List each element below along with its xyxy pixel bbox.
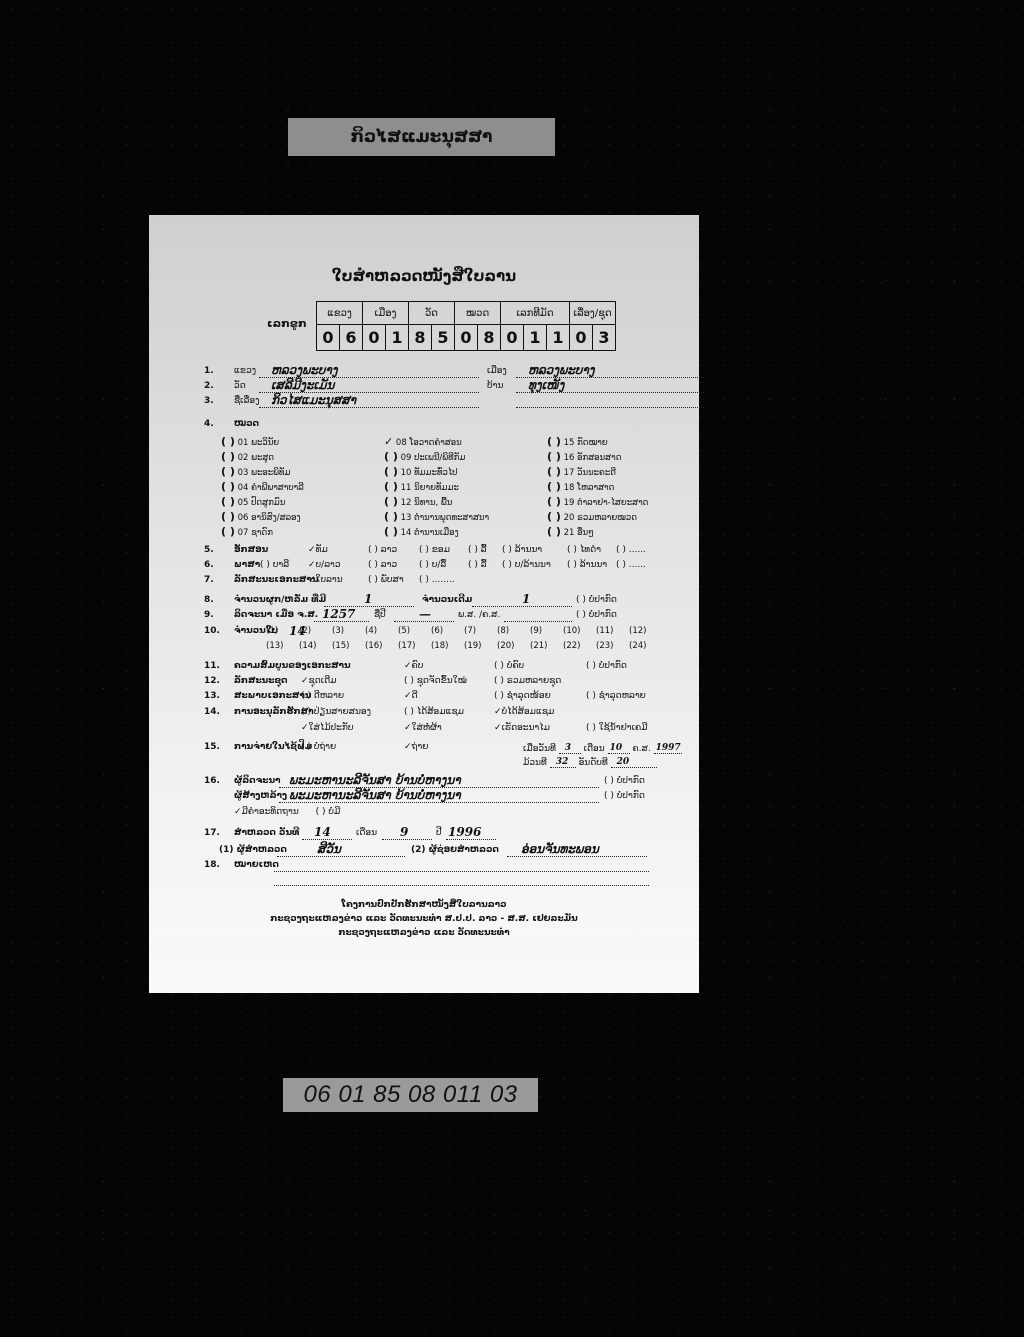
code-digit-cell: 5 [432, 325, 455, 351]
checkbox-mark: ( ) [221, 510, 235, 523]
leaf-slot: (9) [530, 626, 542, 636]
option-label: 14 ຕຳນານເມືອງ [401, 528, 459, 538]
field-language-option[interactable]: ( ) ລາວ [368, 560, 397, 570]
category-option[interactable]: ( ) 05 ປົດສູກມົນ [221, 495, 285, 508]
checkbox-mark: ( ) [384, 510, 398, 523]
checkbox-mark: ( ) [384, 480, 398, 493]
district-line: ຫລວງພະບາງ [516, 366, 704, 378]
district-value: ຫລວງພະບາງ [528, 363, 595, 377]
province-line: ຫລວງພະບາງ [259, 366, 479, 378]
leaf-slot: (15) [332, 641, 349, 651]
field-script: 5.ອັກສອນ✓ທັມ( ) ລາວ( ) ຂອມ( ) ລື້( ) ລ້າ… [204, 545, 214, 555]
category-option[interactable]: ✓ 08 ໂອວາດຄຳສອນ [384, 435, 462, 448]
category-option[interactable]: ( ) 06 ອານິສົງ/ສລອງ [221, 510, 301, 523]
conservation-option[interactable]: ✓ເຮັດອະນາໄມ [494, 723, 550, 733]
field-prayer: ✓ມີຄຳອະທິດຖານ ( ) ບໍ່ມີ [234, 807, 340, 817]
code-digit-cell: 1 [547, 325, 570, 351]
category-option[interactable]: ( ) 21 ອື່ນໆ [547, 525, 594, 538]
film-roll-value: 32 [556, 757, 569, 767]
field-conservation-option[interactable]: ( ) ໄດ້ສ້ອມແຊມ [404, 707, 464, 717]
prayer-no-checkbox[interactable]: ( ) ບໍ່ມີ [316, 807, 341, 817]
field-language-option[interactable]: ( ) ລ້ານນາ [567, 560, 607, 570]
field-language-option[interactable]: ( ) ບາລີ [260, 560, 289, 570]
leaf-slot: (20) [497, 641, 514, 651]
footer-line-1: ໂຄງການປົກປັກຮັກສາໜັງສືໃບລານລາວ [149, 898, 699, 912]
field-condition-option[interactable]: ( ) ດີຫລາຍ [301, 691, 344, 701]
checkbox-mark: ( ) [547, 525, 561, 538]
temple-label: ວັດ [234, 381, 246, 391]
leaf-slot: (11) [596, 626, 613, 636]
category-option[interactable]: ( ) 16 ອັກສອນສາດ [547, 450, 621, 463]
field-language: 6.ພາສາ( ) ບາລີ✓ບ/ລາວ( ) ລາວ( ) ບ/ລື້( ) … [204, 560, 214, 570]
field-set-type-option[interactable]: ✓ຊຸດເດີມ [301, 676, 336, 686]
field-material: 7.ລັກສະນະເອກະສານ✓ໃບລານ( ) ພັບສາ( ) .....… [204, 575, 214, 585]
option-label: 12 ນິທານ, ພື້ນ [401, 498, 453, 508]
notes-line-1 [274, 860, 649, 872]
field-temple: 2. ວັດ ເສລີມີງະເມັນ ບ້ານ ທຸງເໜັງ [204, 381, 214, 391]
field-language-option[interactable]: ✓ບ/ລາວ [308, 560, 341, 570]
film-seq-value: 20 [617, 757, 630, 767]
category-option[interactable]: ( ) 14 ຕຳນານເມືອງ [384, 525, 459, 538]
code-digit-cell: 1 [524, 325, 547, 351]
field-script-option[interactable]: ( ) ລື້ [468, 545, 487, 555]
field-bundle-count: 8. ຈຳນວນຜູກ/ຫລັ່ມ ທີ່ມີ 1 ຈຳນວນເດີມ 1 ( … [204, 595, 214, 605]
checkbox-mark: ✓ [384, 435, 393, 448]
option-label: 16 ອັກສອນສາດ [564, 453, 622, 463]
field-completeness-option[interactable]: ( ) ບໍ່ປາກົດ [586, 661, 627, 671]
field-language-option[interactable]: ( ) ...... [616, 560, 646, 570]
field-leaf-count: 10. ຈຳນວນໃບ 14 [204, 626, 220, 636]
leaf-slot: (2) [299, 626, 311, 636]
field-conservation: 14.ການອະນຸລັກຮັກສາ( ) ປ່ຽນສາຍສນອງ( ) ໄດ້… [204, 707, 220, 717]
option-label: 03 ພະອະພິທັມ [238, 468, 291, 478]
option-label: 04 ຄຳພີພາສາບາລີ [238, 483, 304, 493]
option-label: 19 ຕຳລາຢາ-ໄສຍະສາດ [564, 498, 649, 508]
field-completeness-option[interactable]: ( ) ບໍ່ຄົບ [494, 661, 524, 671]
leaf-slot: (6) [431, 626, 443, 636]
category-option[interactable]: ( ) 03 ພະອະພິທັມ [221, 465, 290, 478]
option-label: 02 ພະສູດ [238, 453, 274, 463]
field-microfilm: 15.ການຈ່າຍໃນໄຊ້ຟິມ( ) ບໍ່ຖ່າຍ✓ຖ່າຍ [204, 742, 220, 752]
code-digit-cell: 6 [340, 325, 363, 351]
checkbox-mark: ( ) [221, 465, 235, 478]
field-set-type-option[interactable]: ( ) ຣວມຫລາຍຊຸດ [494, 676, 561, 686]
film-day-value: 3 [565, 743, 571, 753]
field-language-option[interactable]: ( ) ບ/ລື້ [419, 560, 446, 570]
field-material-option[interactable]: ( ) ........ [419, 575, 455, 585]
option-label: 05 ປົດສູກມົນ [238, 498, 286, 508]
leaf-slot: (10) [563, 626, 580, 636]
survey-form-page: ໃບສຳຫລວດໜັງສືໃບລານ ເລກຂູກ ແຂວງເມືອງວັດໝວ… [149, 215, 699, 993]
field-language-option[interactable]: ( ) ລື້ [468, 560, 487, 570]
field-script-option[interactable]: ( ) ລາວ [368, 545, 397, 555]
code-header-cell: ວັດ [409, 302, 455, 325]
category-option[interactable]: ( ) 12 ນິທານ, ພື້ນ [384, 495, 452, 508]
code-label: ເລກຂູກ [267, 317, 307, 330]
footer-line-3: ກະຊວງຖະແຫລງຂ່າວ ແລະ ວັດທະນະທຳ [149, 926, 699, 940]
scribe-unknown-checkbox[interactable]: ( ) ບໍ່ປາກົດ [604, 776, 645, 786]
title-value: ກິວໄສແມະນຸສສາ [271, 393, 356, 407]
category-option[interactable]: ( ) 09 ປະເພນີ/ພິທີກັມ [384, 450, 465, 463]
leaf-slot: (16) [365, 641, 382, 651]
field-notes-2 [274, 874, 649, 886]
film-roll: ມ້ວນທີ 32 ອັນດັບທີ 20 [523, 756, 657, 768]
leaf-slot: (14) [299, 641, 316, 651]
cs-year-value: 1257 [322, 607, 355, 621]
option-label: 18 ໂຫລາສາດ [564, 483, 615, 493]
leaf-slot: (19) [464, 641, 481, 651]
field-surveyors: (1) ຜູ້ສຳຫລວດ ສີວັນ (2) ຜູ້ຊ່ອຍສຳຫລວດ ອ່… [219, 845, 287, 855]
code-digit-cell: 8 [478, 325, 501, 351]
sponsor-value: ພະມະຫານະລີຈັນສາ ບ້ານບໍ່ຫາງນາ [289, 788, 461, 802]
code-header-cell: ເລກທີມັດ [501, 302, 570, 325]
code-header-cell: ເລື່ອງ/ຊຸດ [570, 302, 616, 325]
code-header-cell: ແຂວງ [317, 302, 363, 325]
leaf-slot: (12) [629, 626, 646, 636]
option-label: 11 ນິຍາຍທັມມະ [401, 483, 459, 493]
title-label: ຊື່ເລື່ອງ [234, 396, 259, 406]
field-completeness-option[interactable]: ✓ຄົບ [404, 661, 423, 671]
checkbox-mark: ( ) [221, 450, 235, 463]
code-digit-cell: 0 [501, 325, 524, 351]
field-province: 1. ແຂວງ ຫລວງພະບາງ ເມືອງ ຫລວງພະບາງ [204, 366, 214, 376]
category-option[interactable]: ( ) 07 ຊາດົກ [221, 525, 273, 538]
sponsor-unknown-checkbox[interactable]: ( ) ບໍ່ປາກົດ [604, 791, 645, 801]
code-digit-cell: 0 [455, 325, 478, 351]
field-language-option[interactable]: ( ) ບ/ລ້ານນາ [502, 560, 551, 570]
code-digit-cell: 3 [593, 325, 616, 351]
field-material-option[interactable]: ✓ໃບລານ [308, 575, 343, 585]
checkbox-mark: ( ) [384, 465, 398, 478]
field-set-type: 12.ລັກສະນະຊຸດ✓ຊຸດເດີມ( ) ຊຸດຈັດຂຶ້ນໃໝ່( … [204, 676, 220, 686]
code-header-cell: ເມືອງ [363, 302, 409, 325]
leaf-slot: (24) [629, 641, 646, 651]
field-script-option[interactable]: ( ) ລ້ານນາ [502, 545, 542, 555]
category-heading: 4. ໝວດ [204, 419, 214, 429]
province-value: ຫລວງພະບາງ [271, 363, 338, 377]
category-option[interactable]: ( ) 19 ຕຳລາຢາ-ໄສຍະສາດ [547, 495, 648, 508]
option-label: 09 ປະເພນີ/ພິທີກັມ [401, 453, 466, 463]
checkbox-mark: ( ) [547, 450, 561, 463]
category-option[interactable]: ( ) 18 ໂຫລາສາດ [547, 480, 614, 493]
field-scribe: 16. ຜູ້ລິດຈະນາ ພະມະຫານະລີຈັນສາ ບ້ານບໍ່ຫາ… [204, 776, 220, 786]
field-title: 3. ຊື່ເລື່ອງ ກິວໄສແມະນຸສສາ [204, 396, 214, 406]
checkbox-mark: ( ) [547, 480, 561, 493]
surveyor-value: ສີວັນ [317, 842, 341, 856]
field-microfilm-option[interactable]: ( ) ບໍ່ຖ່າຍ [301, 742, 336, 752]
option-label: 17 ວັນນະຄະດີ [564, 468, 616, 478]
conservation-option[interactable]: ✓ໃສ່ຫໍ່ຜ້າ [404, 723, 442, 733]
film-year-value: 1997 [656, 743, 681, 753]
checkbox-mark: ( ) [547, 495, 561, 508]
original-count-value: 1 [522, 592, 530, 606]
field-condition-option[interactable]: ( ) ຊຳລຸດຫລາຍ [586, 691, 646, 701]
village-value: ທຸງເໜັງ [528, 378, 564, 392]
village-label: ບ້ານ [487, 381, 503, 391]
code-digit-cell: 1 [386, 325, 409, 351]
field-microfilm-option[interactable]: ✓ຖ່າຍ [404, 742, 428, 752]
category-option[interactable]: ( ) 01 ພະວິນັຍ [221, 435, 279, 448]
option-label: 08 ໂອວາດຄຳສອນ [396, 438, 462, 448]
code-digit-cell: 0 [363, 325, 386, 351]
code-table: ແຂວງເມືອງວັດໝວດເລກທີມັດເລື່ອງ/ຊຸດ 060185… [316, 301, 616, 351]
option-label: 01 ພະວິນັຍ [238, 438, 280, 448]
checkbox-mark: ( ) [547, 465, 561, 478]
checkbox-mark: ( ) [384, 495, 398, 508]
bundle-count-value: 1 [364, 592, 372, 606]
field-condition-option[interactable]: ✓ດີ [404, 691, 418, 701]
option-label: 10 ທັມມະທົ່ວໄປ [401, 468, 458, 478]
leaf-slot: (1) [266, 626, 278, 636]
notes-line-2 [274, 874, 649, 886]
leaf-slot: (8) [497, 626, 509, 636]
category-option[interactable]: ( ) 13 ຕຳນານພຸດທະສາສນາ [384, 510, 489, 523]
field-script-option[interactable]: ( ) ໄທດຳ [567, 545, 601, 555]
field-completeness: 11.ຄວາມສົມບູນຂອງເອກະສານ✓ຄົບ( ) ບໍ່ຄົບ( )… [204, 661, 220, 671]
checkbox-mark: ( ) [221, 480, 235, 493]
film-month-value: 10 [610, 743, 623, 753]
field-notes: 18. ໝາຍເຫດ [204, 860, 220, 870]
year-name-value: — [419, 607, 431, 621]
category-option[interactable]: ( ) 11 ນິຍາຍທັມມະ [384, 480, 459, 493]
category-option[interactable]: ( ) 20 ຣວມຫລາຍໝວດ [547, 510, 637, 523]
code-digit-cell: 8 [409, 325, 432, 351]
category-option[interactable]: ( ) 17 ວັນນະຄະດີ [547, 465, 616, 478]
category-option[interactable]: ( ) 04 ຄຳພີພາສາບາລີ [221, 480, 304, 493]
option-label: 15 ກົດໝາຍ [564, 438, 608, 448]
field-material-option[interactable]: ( ) ພັບສາ [368, 575, 404, 585]
form-title: ໃບສຳຫລວດໜັງສືໃບລານ [149, 267, 699, 285]
leaf-slot: (18) [431, 641, 448, 651]
leaf-slot: (3) [332, 626, 344, 636]
option-label: 07 ຊາດົກ [238, 528, 273, 538]
category-option[interactable]: ( ) 10 ທັມມະທົ່ວໄປ [384, 465, 457, 478]
assistant-value: ອ່ອນຈັນທະພອນ [521, 842, 599, 856]
checkbox-mark: ( ) [221, 495, 235, 508]
option-label: 06 ອານິສົງ/ສລອງ [238, 513, 301, 523]
checkbox-mark: ( ) [384, 450, 398, 463]
field-script-option[interactable]: ✓ທັມ [308, 545, 328, 555]
category-option[interactable]: ( ) 15 ກົດໝາຍ [547, 435, 608, 448]
option-label: 20 ຣວມຫລາຍໝວດ [564, 513, 637, 523]
leaf-slot: (7) [464, 626, 476, 636]
title-label-strip: ກິວໄສແມະນຸສສາ [288, 118, 555, 156]
code-digit-cell: 0 [570, 325, 593, 351]
field-condition-option[interactable]: ( ) ຊຳລຸດໜ້ອຍ [494, 691, 551, 701]
leaf-slot: (4) [365, 626, 377, 636]
option-label: 21 ອື່ນໆ [564, 528, 594, 538]
field-set-type-option[interactable]: ( ) ຊຸດຈັດຂຶ້ນໃໝ່ [404, 676, 467, 686]
scribe-value: ພະມະຫານະລີຈັນສາ ບ້ານບໍ່ຫາງນາ [289, 773, 461, 787]
leaf-slot: (13) [266, 641, 283, 651]
field-conservation-option[interactable]: ✓ບໍ່ໄດ້ສ້ອມແຊມ [494, 707, 554, 717]
code-digit-cell: 0 [317, 325, 340, 351]
category-option[interactable]: ( ) 02 ພະສູດ [221, 450, 274, 463]
leaf-slot: (22) [563, 641, 580, 651]
code-header-cell: ໝວດ [455, 302, 501, 325]
field-script-option[interactable]: ( ) ຂອມ [419, 545, 450, 555]
field-script-option[interactable]: ( ) ...... [616, 545, 646, 555]
leaf-slot: (21) [530, 641, 547, 651]
leaf-slot: (23) [596, 641, 613, 651]
conservation-option[interactable]: ✓ໃສ່ໄມ້ປະກັບ [301, 723, 354, 733]
leaf-slot: (5) [398, 626, 410, 636]
temple-value: ເສລີມີງະເມັນ [271, 378, 334, 392]
reference-number-strip: 06 01 85 08 011 03 [283, 1078, 538, 1112]
checkbox-mark: ( ) [221, 435, 235, 448]
film-date: ເມື່ອວັນທີ 3 ເດືອນ 10 ຄ.ສ. 1997 [523, 742, 682, 754]
checkbox-mark: ( ) [547, 435, 561, 448]
date-unknown-checkbox[interactable]: ( ) ບໍ່ປາກົດ [576, 610, 617, 620]
field-survey-date: 17. ສຳຫລວດ ວັນທີ 14 ເດືອນ 9 ປີ 1996 [204, 828, 220, 838]
field-conservation-option[interactable]: ( ) ປ່ຽນສາຍສນອງ [301, 707, 371, 717]
checkbox-mark: ( ) [547, 510, 561, 523]
survey-year-value: 1996 [448, 825, 481, 839]
prayer-yes-checkbox[interactable]: ✓ມີຄຳອະທິດຖານ [234, 807, 299, 817]
survey-day-value: 14 [314, 825, 331, 839]
field-inscribed-date: 9. ລິດຈະນາ ເມື່ອ ຈ.ສ. 1257 ຊື່ປີ — ພ.ສ. … [204, 610, 214, 620]
province-label: ແຂວງ [234, 366, 256, 376]
leaf-slot: (17) [398, 641, 415, 651]
option-label: 13 ຕຳນານພຸດທະສາສນາ [401, 513, 490, 523]
checkbox-mark: ( ) [384, 525, 398, 538]
form-footer: ໂຄງການປົກປັກຮັກສາໜັງສືໃບລານລາວ ກະຊວງຖະແຫ… [149, 898, 699, 940]
field-condition: 13.ສະພາບເອກະສານ( ) ດີຫລາຍ✓ດີ( ) ຊຳລຸດໜ້ອ… [204, 691, 220, 701]
footer-line-2: ກະຊວງຖະແຫລງຂ່າວ ແລະ ວັດທະນະທຳ ສ.ປ.ປ. ລາວ… [149, 912, 699, 926]
district-label: ເມືອງ [487, 366, 507, 376]
checkbox-mark: ( ) [221, 525, 235, 538]
survey-month-value: 9 [400, 825, 408, 839]
conservation-option[interactable]: ( ) ໃຊ້ນ້ຳຢາເຄມີ [586, 723, 648, 733]
bundle-unknown-checkbox[interactable]: ( ) ບໍ່ປາກົດ [576, 595, 617, 605]
